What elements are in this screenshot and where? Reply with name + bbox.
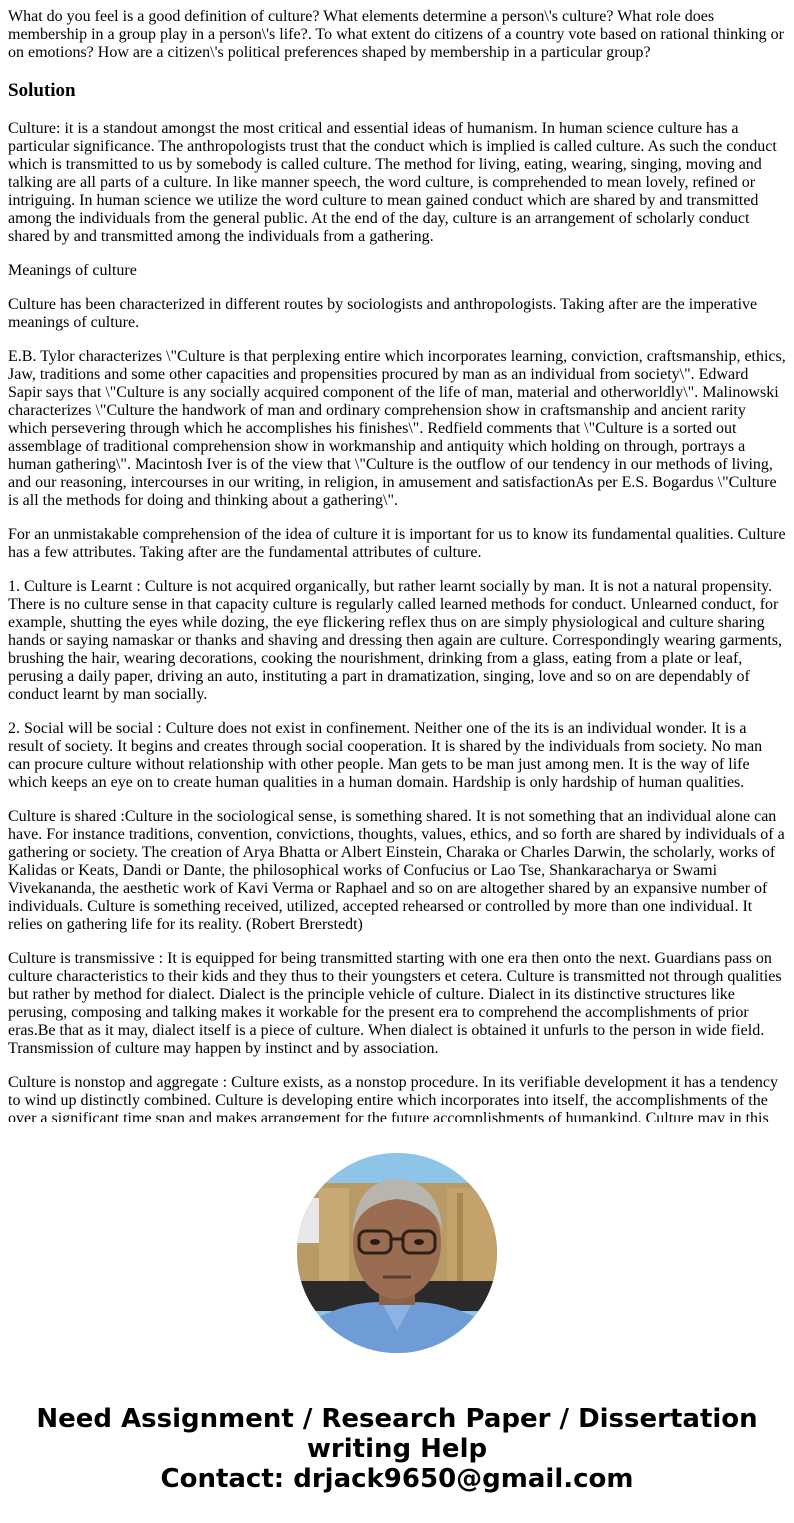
avatar	[297, 1153, 497, 1353]
paragraph-culture-learnt: 1. Culture is Learnt : Culture is not ac…	[8, 578, 786, 704]
banner-line-2: writing Help	[0, 1434, 794, 1464]
banner-line-1: Need Assignment / Research Paper / Disse…	[0, 1404, 794, 1434]
document-content: What do you feel is a good definition of…	[8, 8, 786, 1122]
paragraph-intro: Culture: it is a standout amongst the mo…	[8, 120, 786, 246]
portrait-image	[297, 1153, 497, 1353]
question-text: What do you feel is a good definition of…	[8, 8, 786, 62]
paragraph-meanings-intro: Culture has been characterized in differ…	[8, 296, 786, 332]
contact-banner: Need Assignment / Research Paper / Disse…	[0, 1404, 794, 1494]
paragraph-culture-social: 2. Social will be social : Culture does …	[8, 720, 786, 792]
paragraph-attributes-intro: For an unmistakable comprehension of the…	[8, 526, 786, 562]
paragraph-definitions: E.B. Tylor characterizes \"Culture is th…	[8, 348, 786, 510]
paragraph-culture-continuous: Culture is nonstop and aggregate : Cultu…	[8, 1074, 786, 1122]
banner-contact-email: Contact: drjack9650@gmail.com	[0, 1464, 794, 1494]
paragraph-culture-transmissive: Culture is transmissive : It is equipped…	[8, 950, 786, 1058]
section-heading-meanings: Meanings of culture	[8, 262, 786, 280]
solution-heading: Solution	[8, 80, 786, 102]
paragraph-culture-shared: Culture is shared :Culture in the sociol…	[8, 808, 786, 934]
